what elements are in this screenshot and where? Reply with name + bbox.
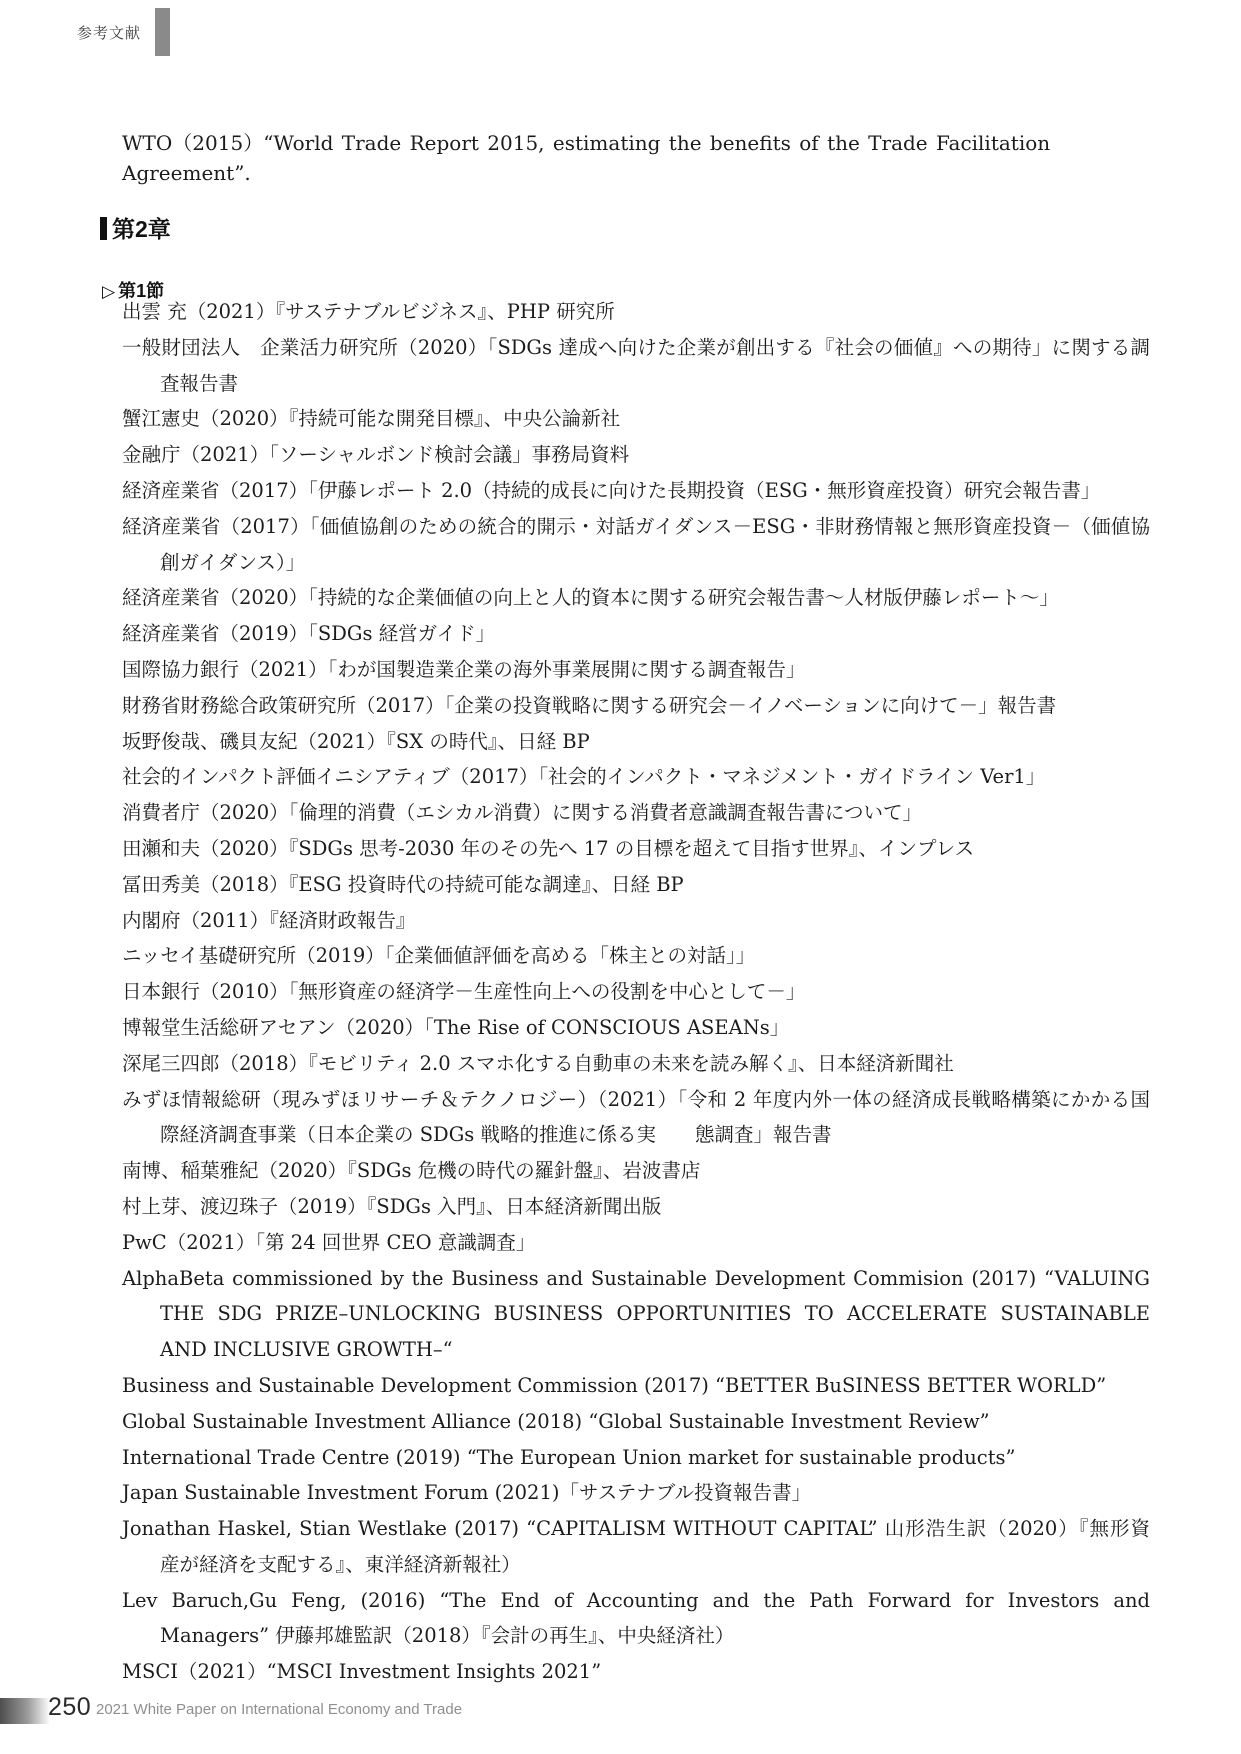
reference-item: 出雲 充（2021）『サステナブルビジネス』、PHP 研究所 xyxy=(122,294,1150,330)
reference-item: 深尾三四郎（2018）『モビリティ 2.0 スマホ化する自動車の未来を読み解く』… xyxy=(122,1046,1150,1082)
reference-item: みずほ情報総研（現みずほリサーチ＆テクノロジー）（2021）「令和 2 年度内外… xyxy=(122,1082,1150,1154)
reference-item: 経済産業省（2017）「価値協創のための統合的開示・対話ガイダンス－ESG・非財… xyxy=(122,509,1150,581)
reference-item: 内閣府（2011）『経済財政報告』 xyxy=(122,903,1150,939)
reference-item: 博報堂生活総研アセアン（2020）「The Rise of CONSCIOUS … xyxy=(122,1010,1150,1046)
page-header-label: 参考文献 xyxy=(77,22,141,43)
chapter-heading: 第2章 xyxy=(100,211,171,244)
reference-item: 田瀬和夫（2020）『SDGs 思考-2030 年のその先へ 17 の目標を超え… xyxy=(122,831,1150,867)
reference-item: Global Sustainable Investment Alliance (… xyxy=(122,1404,1150,1440)
reference-item: 社会的インパクト評価イニシアティブ（2017）「社会的インパクト・マネジメント・… xyxy=(122,759,1150,795)
reference-item: 金融庁（2021）「ソーシャルボンド検討会議」事務局資料 xyxy=(122,437,1150,473)
reference-item: 蟹江憲史（2020）『持続可能な開発目標』、中央公論新社 xyxy=(122,401,1150,437)
reference-item: Jonathan Haskel, Stian Westlake (2017) “… xyxy=(122,1511,1150,1583)
footer-page-number: 250 xyxy=(48,1693,91,1722)
reference-item: 村上芽、渡辺珠子（2019）『SDGs 入門』、日本経済新聞出版 xyxy=(122,1189,1150,1225)
reference-item: 日本銀行（2010）「無形資産の経済学－生産性向上への役割を中心として－」 xyxy=(122,974,1150,1010)
header-tab-bar xyxy=(155,8,170,56)
reference-list: 出雲 充（2021）『サステナブルビジネス』、PHP 研究所一般財団法人 企業活… xyxy=(122,294,1150,1690)
reference-item: 財務省財務総合政策研究所（2017）「企業の投資戦略に関する研究会－イノベーショ… xyxy=(122,688,1150,724)
footer-gradient-bar xyxy=(0,1698,50,1724)
reference-item: PwC（2021）「第 24 回世界 CEO 意識調査」 xyxy=(122,1225,1150,1261)
reference-item: 冨田秀美（2018）『ESG 投資時代の持続可能な調達』、日経 BP xyxy=(122,867,1150,903)
reference-item: 南博、稲葉雅紀（2020）『SDGs 危機の時代の羅針盤』、岩波書店 xyxy=(122,1153,1150,1189)
reference-item: 坂野俊哉、磯貝友紀（2021）『SX の時代』、日経 BP xyxy=(122,724,1150,760)
chapter-title: 第2章 xyxy=(112,216,171,242)
chapter-marker-bar xyxy=(100,217,107,240)
reference-item: 経済産業省（2019）「SDGs 経営ガイド」 xyxy=(122,616,1150,652)
reference-item: 国際協力銀行（2021）「わが国製造業企業の海外事業展開に関する調査報告」 xyxy=(122,652,1150,688)
reference-item: International Trade Centre (2019) “The E… xyxy=(122,1440,1150,1476)
footer-book-title: 2021 White Paper on International Econom… xyxy=(96,1701,462,1718)
section-marker-triangle: ▷ xyxy=(102,282,115,302)
reference-item: 一般財団法人 企業活力研究所（2020）「SDGs 達成へ向けた企業が創出する『… xyxy=(122,330,1150,402)
reference-item: 経済産業省（2017）「伊藤レポート 2.0（持続的成長に向けた長期投資（ESG… xyxy=(122,473,1150,509)
reference-item: Business and Sustainable Development Com… xyxy=(122,1368,1150,1404)
reference-item: Lev Baruch,Gu Feng, (2016) “The End of A… xyxy=(122,1583,1150,1655)
reference-item: 経済産業省（2020）「持続的な企業価値の向上と人的資本に関する研究会報告書～人… xyxy=(122,580,1150,616)
reference-item: Japan Sustainable Investment Forum (2021… xyxy=(122,1475,1150,1511)
reference-item: 消費者庁（2020）「倫理的消費（エシカル消費）に関する消費者意識調査報告書につ… xyxy=(122,795,1150,831)
reference-item: ニッセイ基礎研究所（2019）「企業価値評価を高める「株主との対話」」 xyxy=(122,938,1150,974)
reference-item: MSCI（2021）“MSCI Investment Insights 2021… xyxy=(122,1654,1150,1690)
reference-item: AlphaBeta commissioned by the Business a… xyxy=(122,1261,1150,1368)
reference-item-wto: WTO（2015）“World Trade Report 2015, estim… xyxy=(122,128,1152,188)
